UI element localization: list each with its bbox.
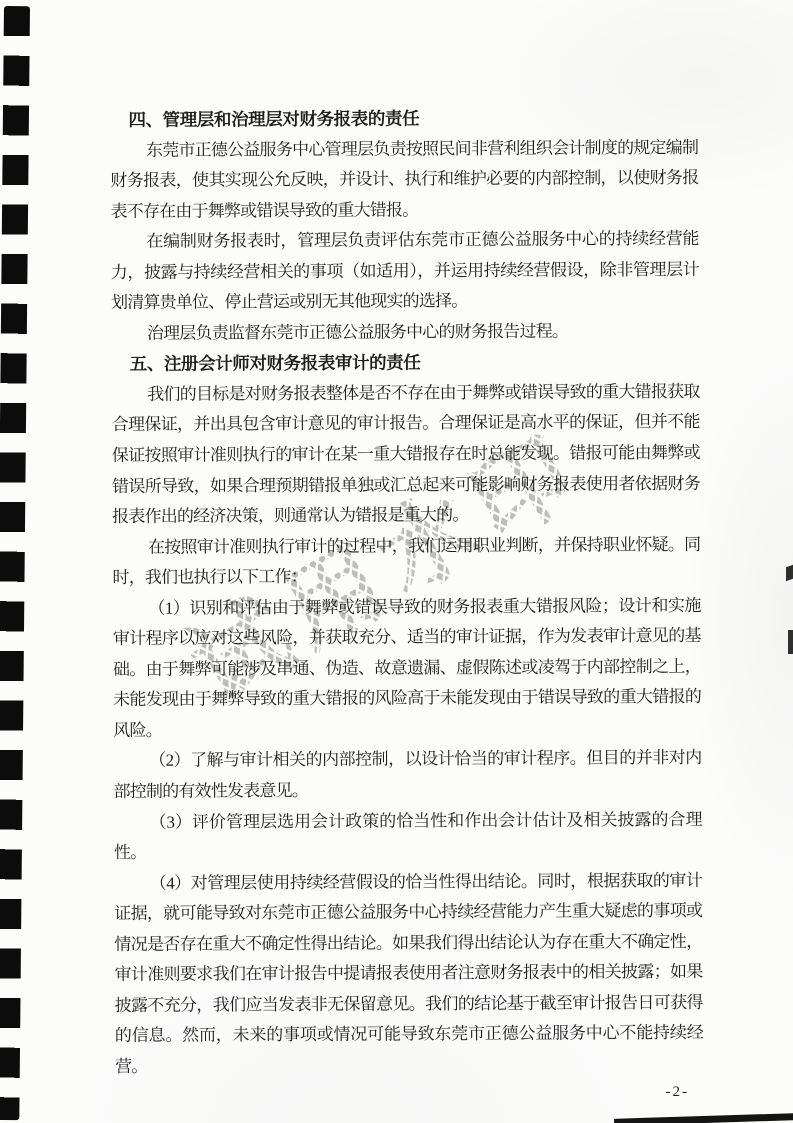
section-heading: 五、注册会计师对财务报表审计的责任 bbox=[111, 346, 699, 380]
scan-speck bbox=[788, 630, 793, 654]
page-number: -2- bbox=[666, 1084, 690, 1101]
body-paragraph: （3）评价管理层选用会计政策的恰当性和作出会计估计及相关披露的合理性。 bbox=[114, 804, 702, 868]
body-paragraph: 我们的目标是对财务报表整体是否不存在由于舞弊或错误导致的重大错报获取合理保证，并… bbox=[111, 377, 700, 533]
scan-edge-artifact bbox=[614, 1113, 793, 1123]
body-paragraph: 治理层负责监督东莞市正德公益服务中心的财务报告过程。 bbox=[111, 316, 699, 350]
body-paragraph: （2）了解与审计相关的内部控制，以设计恰当的审计程序。但目的并非对内部控制的有效… bbox=[113, 743, 701, 807]
body-paragraph: 在按照审计准则执行审计的过程中，我们运用职业判断，并保持职业怀疑。同时，我们也执… bbox=[112, 530, 700, 594]
spiral-binding-marks bbox=[0, 6, 30, 1120]
body-paragraph: 东莞市正德公益服务中心管理层负责按照民间非营利组织会计制度的规定编制财务报表，使… bbox=[110, 132, 698, 227]
body-paragraph: （4）对管理层使用持续经营假设的恰当性得出结论。同时，根据获取的审计证据，就可能… bbox=[114, 866, 703, 1083]
body-paragraph: 在编制财务报表时，管理层负责评估东莞市正德公益服务中心的持续经营能力，披露与持续… bbox=[111, 224, 699, 319]
document-body: 四、管理层和治理层对财务报表的责任东莞市正德公益服务中心管理层负责按照民间非营利… bbox=[110, 102, 703, 1083]
scan-speck bbox=[786, 565, 793, 582]
section-heading: 四、管理层和治理层对财务报表的责任 bbox=[110, 102, 698, 136]
scanned-audit-report-page: 试用水印 四、管理层和治理层对财务报表的责任东莞市正德公益服务中心管理层负责按照… bbox=[0, 0, 793, 1123]
body-paragraph: （1）识别和评估由于舞弊或错误导致的财务报表重大错报风险；设计和实施审计程序以应… bbox=[113, 591, 702, 747]
